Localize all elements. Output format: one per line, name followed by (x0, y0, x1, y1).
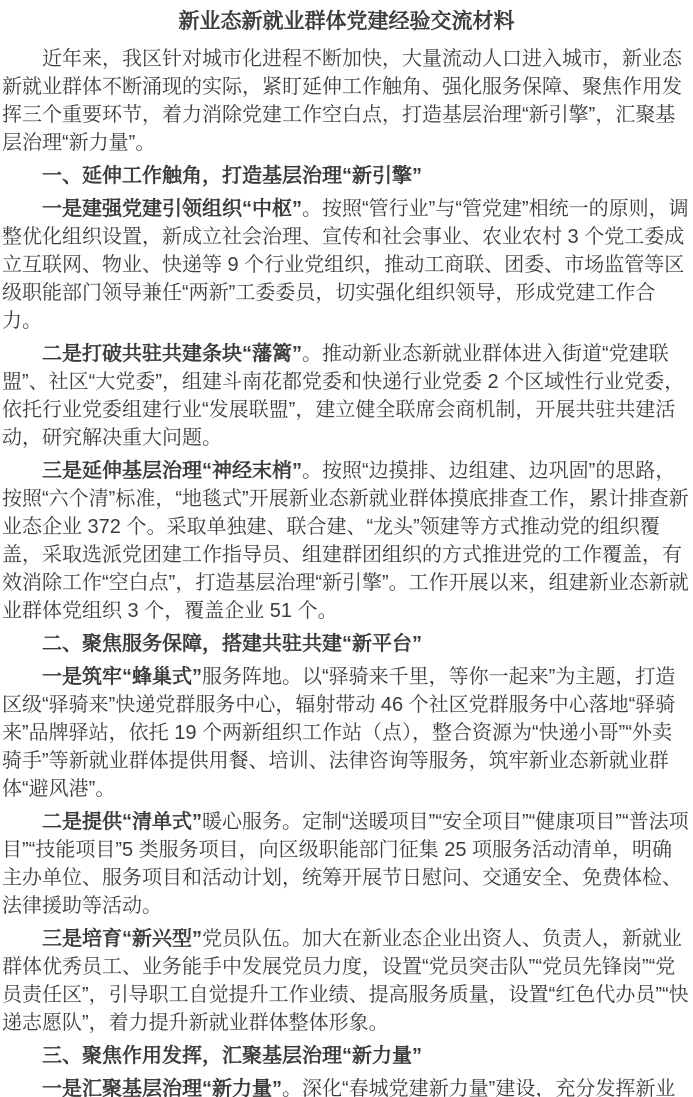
document-page: 新业态新就业群体党建经验交流材料 近年来，我区针对城市化进程不断加快，大量流动人… (0, 0, 693, 1097)
section-heading-text: 三、聚焦作用发挥，汇聚基层治理“新力量” (42, 1045, 422, 1067)
paragraph-intro: 近年来，我区针对城市化进程不断加快，大量流动人口进入城市，新业态新就业群体不断涌… (2, 45, 691, 157)
section-heading-2: 二、聚焦服务保障，搭建共驻共建“新平台” (2, 630, 691, 658)
paragraph-lead: 三是培育“新兴型” (42, 928, 202, 950)
paragraph-lead: 二是提供“清单式” (42, 811, 202, 833)
paragraph-lead: 三是延伸基层治理“神经末梢” (42, 460, 302, 482)
paragraph-honeycomb-service: 一是筑牢“蜂巢式”服务阵地。以“驿骑来千里，等你一起来”为主题，打造区级“驿骑来… (2, 663, 691, 803)
paragraph-text: 近年来，我区针对城市化进程不断加快，大量流动人口进入城市，新业态新就业群体不断涌… (2, 48, 682, 154)
section-heading-text: 一、延伸工作触角，打造基层治理“新引擎” (42, 165, 422, 187)
paragraph-checklist-service: 二是提供“清单式”暖心服务。定制“送暖项目”“安全项目”“健康项目”“普法项目”… (2, 808, 691, 920)
paragraph-new-party-members: 三是培育“新兴型”党员队伍。加大在新业态企业出资人、负责人，新就业群体优秀员工、… (2, 925, 691, 1037)
section-heading-3: 三、聚焦作用发挥，汇聚基层治理“新力量” (2, 1042, 691, 1070)
paragraph-lead: 一是建强党建引领组织“中枢” (42, 198, 302, 220)
paragraph-text: 。按照“边摸排、边组建、边巩固”的思路，按照“六个清”标准，“地毯式”开展新业态… (2, 460, 689, 622)
document-title: 新业态新就业群体党建经验交流材料 (2, 8, 691, 36)
paragraph-org-hub: 一是建强党建引领组织“中枢”。按照“管行业”与“管党建”相统一的原则，调整优化组… (2, 195, 691, 335)
paragraph-lead: 一是筑牢“蜂巢式” (42, 666, 202, 688)
paragraph-lead: 二是打破共驻共建条块“藩篱” (42, 343, 302, 365)
paragraph-barriers: 二是打破共驻共建条块“藩篱”。推动新业态新就业群体进入街道“党建联盟”、社区“大… (2, 340, 691, 452)
paragraph-lead: 一是汇聚基层治理“新力量” (42, 1078, 282, 1097)
paragraph-new-strength: 一是汇聚基层治理“新力量”。深化“春城党建新力量”建设，充分发挥新业 (2, 1075, 691, 1097)
section-heading-text: 二、聚焦服务保障，搭建共驻共建“新平台” (42, 633, 422, 655)
paragraph-text: 。深化“春城党建新力量”建设，充分发挥新业 (282, 1078, 675, 1097)
section-heading-1: 一、延伸工作触角，打造基层治理“新引擎” (2, 162, 691, 190)
paragraph-nerve-endings: 三是延伸基层治理“神经末梢”。按照“边摸排、边组建、边巩固”的思路，按照“六个清… (2, 457, 691, 625)
